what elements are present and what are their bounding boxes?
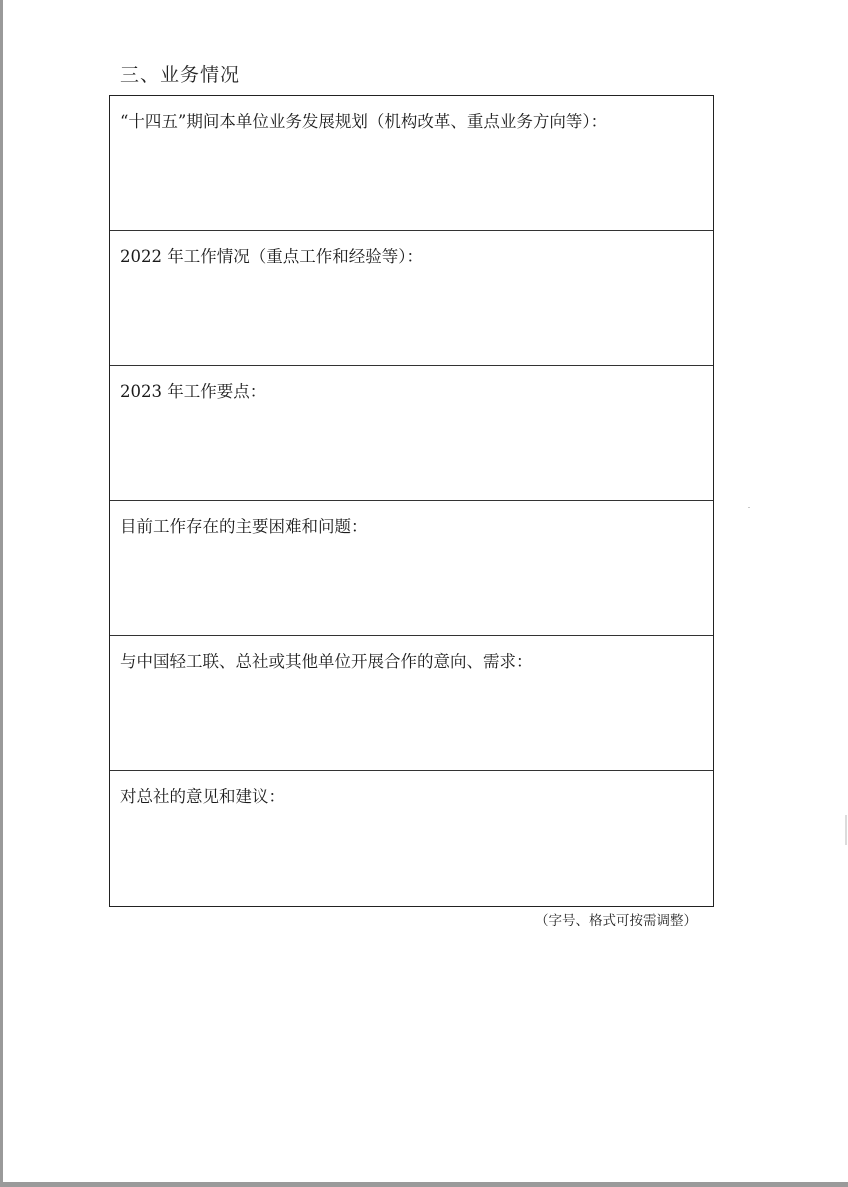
business-info-table: “十四五”期间本单位业务发展规划（机构改革、重点业务方向等）： 2022 年工作…	[109, 95, 714, 907]
footnote: （字号、格式可按需调整）	[535, 909, 697, 929]
row-14th-five-year-plan: “十四五”期间本单位业务发展规划（机构改革、重点业务方向等）：	[110, 96, 713, 231]
row-label: “十四五”期间本单位业务发展规划（机构改革、重点业务方向等）：	[120, 108, 607, 132]
row-label: 2023 年工作要点：	[120, 378, 266, 402]
row-suggestions: 对总社的意见和建议：	[110, 771, 713, 906]
work-2022-field[interactable]	[114, 273, 709, 361]
section-title: 三、业务情况	[120, 60, 240, 87]
row-2023-work-points: 2023 年工作要点：	[110, 366, 713, 501]
suggestions-field[interactable]	[114, 813, 709, 902]
difficulties-field[interactable]	[114, 543, 709, 631]
scan-left-edge	[0, 0, 3, 1187]
cooperation-field[interactable]	[114, 678, 709, 766]
row-label: 对总社的意见和建议：	[120, 783, 285, 807]
work-2023-field[interactable]	[114, 408, 709, 496]
plan-field[interactable]	[114, 138, 709, 226]
row-label: 2022 年工作情况（重点工作和经验等）：	[120, 243, 423, 267]
row-label: 目前工作存在的主要困难和问题：	[120, 513, 368, 537]
scan-speck	[845, 815, 847, 845]
row-difficulties: 目前工作存在的主要困难和问题：	[110, 501, 713, 636]
scan-speck	[748, 507, 750, 508]
scan-bottom-edge	[0, 1182, 848, 1187]
row-2022-work-summary: 2022 年工作情况（重点工作和经验等）：	[110, 231, 713, 366]
row-cooperation-intent: 与中国轻工联、总社或其他单位开展合作的意向、需求：	[110, 636, 713, 771]
row-label: 与中国轻工联、总社或其他单位开展合作的意向、需求：	[120, 648, 533, 672]
